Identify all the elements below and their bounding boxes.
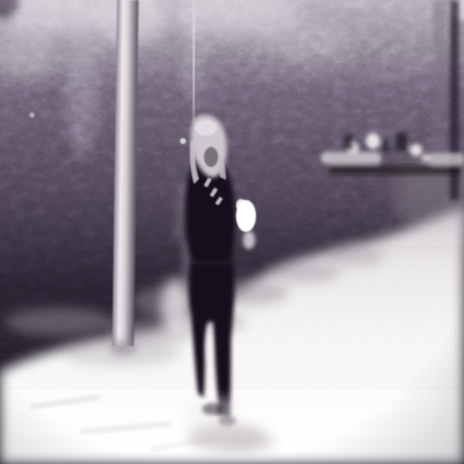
photo-canvas	[0, 0, 464, 464]
vignette	[0, 0, 464, 464]
photo	[0, 0, 464, 464]
